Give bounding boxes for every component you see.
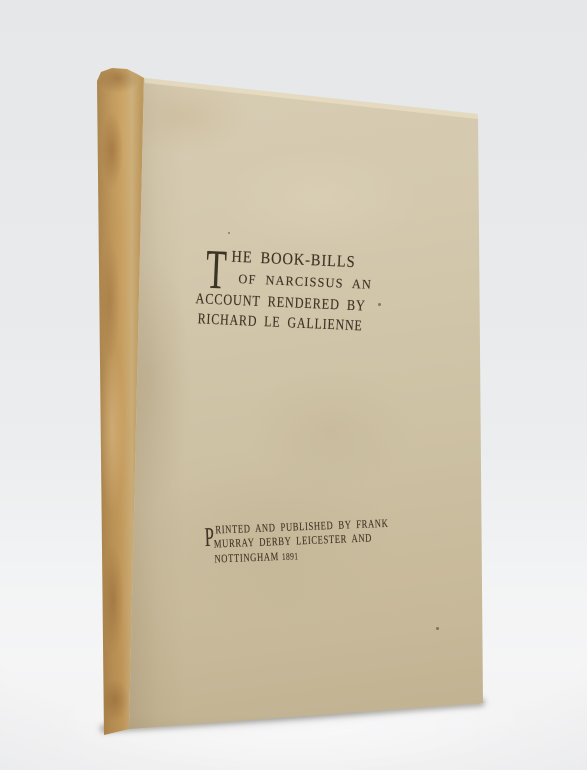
imprint-line-3: NOTTINGHAM1891 (214, 550, 298, 566)
paper-speck (436, 627, 439, 630)
cover-imprint: P RINTED AND PUBLISHED BY FRANK MURRAY D… (203, 514, 395, 579)
paper-speck (378, 303, 381, 306)
paper-speck (228, 232, 230, 234)
title-line-2: OF NARCISSUS AN (238, 272, 372, 292)
imprint-place: NOTTINGHAM (214, 551, 279, 565)
title-line-4: RICHARD LE GALLIENNE (197, 311, 363, 335)
imprint-year: 1891 (282, 551, 299, 563)
title-line-1: HE BOOK-BILLS (231, 248, 356, 272)
photo-scene: T HE BOOK-BILLS OF NARCISSUS AN ACCOUNT … (0, 0, 587, 770)
cover-title: T HE BOOK-BILLS OF NARCISSUS AN ACCOUNT … (189, 243, 429, 353)
